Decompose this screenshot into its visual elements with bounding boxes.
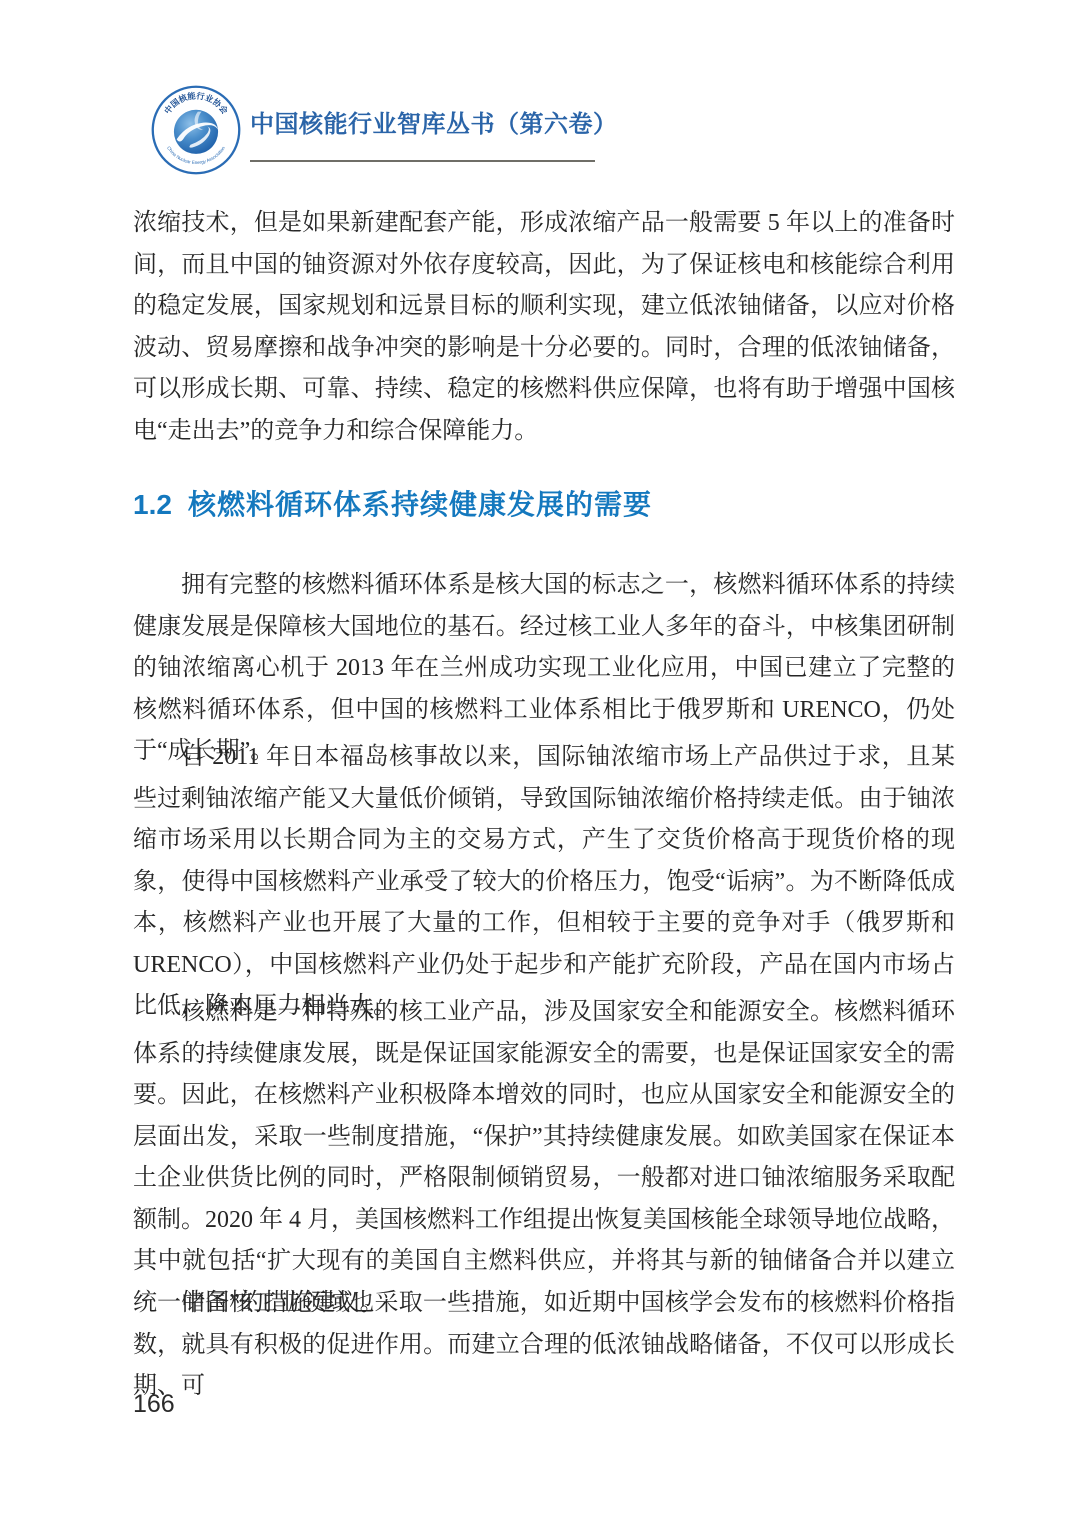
paragraph: 自 2011 年日本福岛核事故以来，国际铀浓缩市场上产品供过于求，且某些过剩铀浓… (133, 737, 955, 1028)
section-title: 核燃料循环体系持续健康发展的需要 (188, 489, 652, 520)
page-number: 166 (133, 1390, 175, 1419)
section-number: 1.2 (133, 489, 172, 520)
paragraph-continuation: 浓缩技术，但是如果新建配套产能，形成浓缩产品一般需要 5 年以上的准备时间，而且… (133, 203, 955, 452)
book-page: 中国核能行业协会 China Nuclear Energy Associatio… (0, 0, 1077, 1531)
header-divider (250, 160, 595, 162)
section-heading: 1.2核燃料循环体系持续健康发展的需要 (133, 483, 652, 523)
paragraph: 核燃料是一种特殊的核工业产品，涉及国家安全和能源安全。核燃料循环体系的持续健康发… (133, 992, 955, 1324)
association-logo-icon: 中国核能行业协会 China Nuclear Energy Associatio… (150, 84, 242, 176)
series-title: 中国核能行业智库丛书（第六卷） (250, 104, 618, 139)
paragraph: 中国核工业领域也采取一些措施，如近期中国核学会发布的核燃料价格指数，就具有积极的… (133, 1283, 955, 1408)
